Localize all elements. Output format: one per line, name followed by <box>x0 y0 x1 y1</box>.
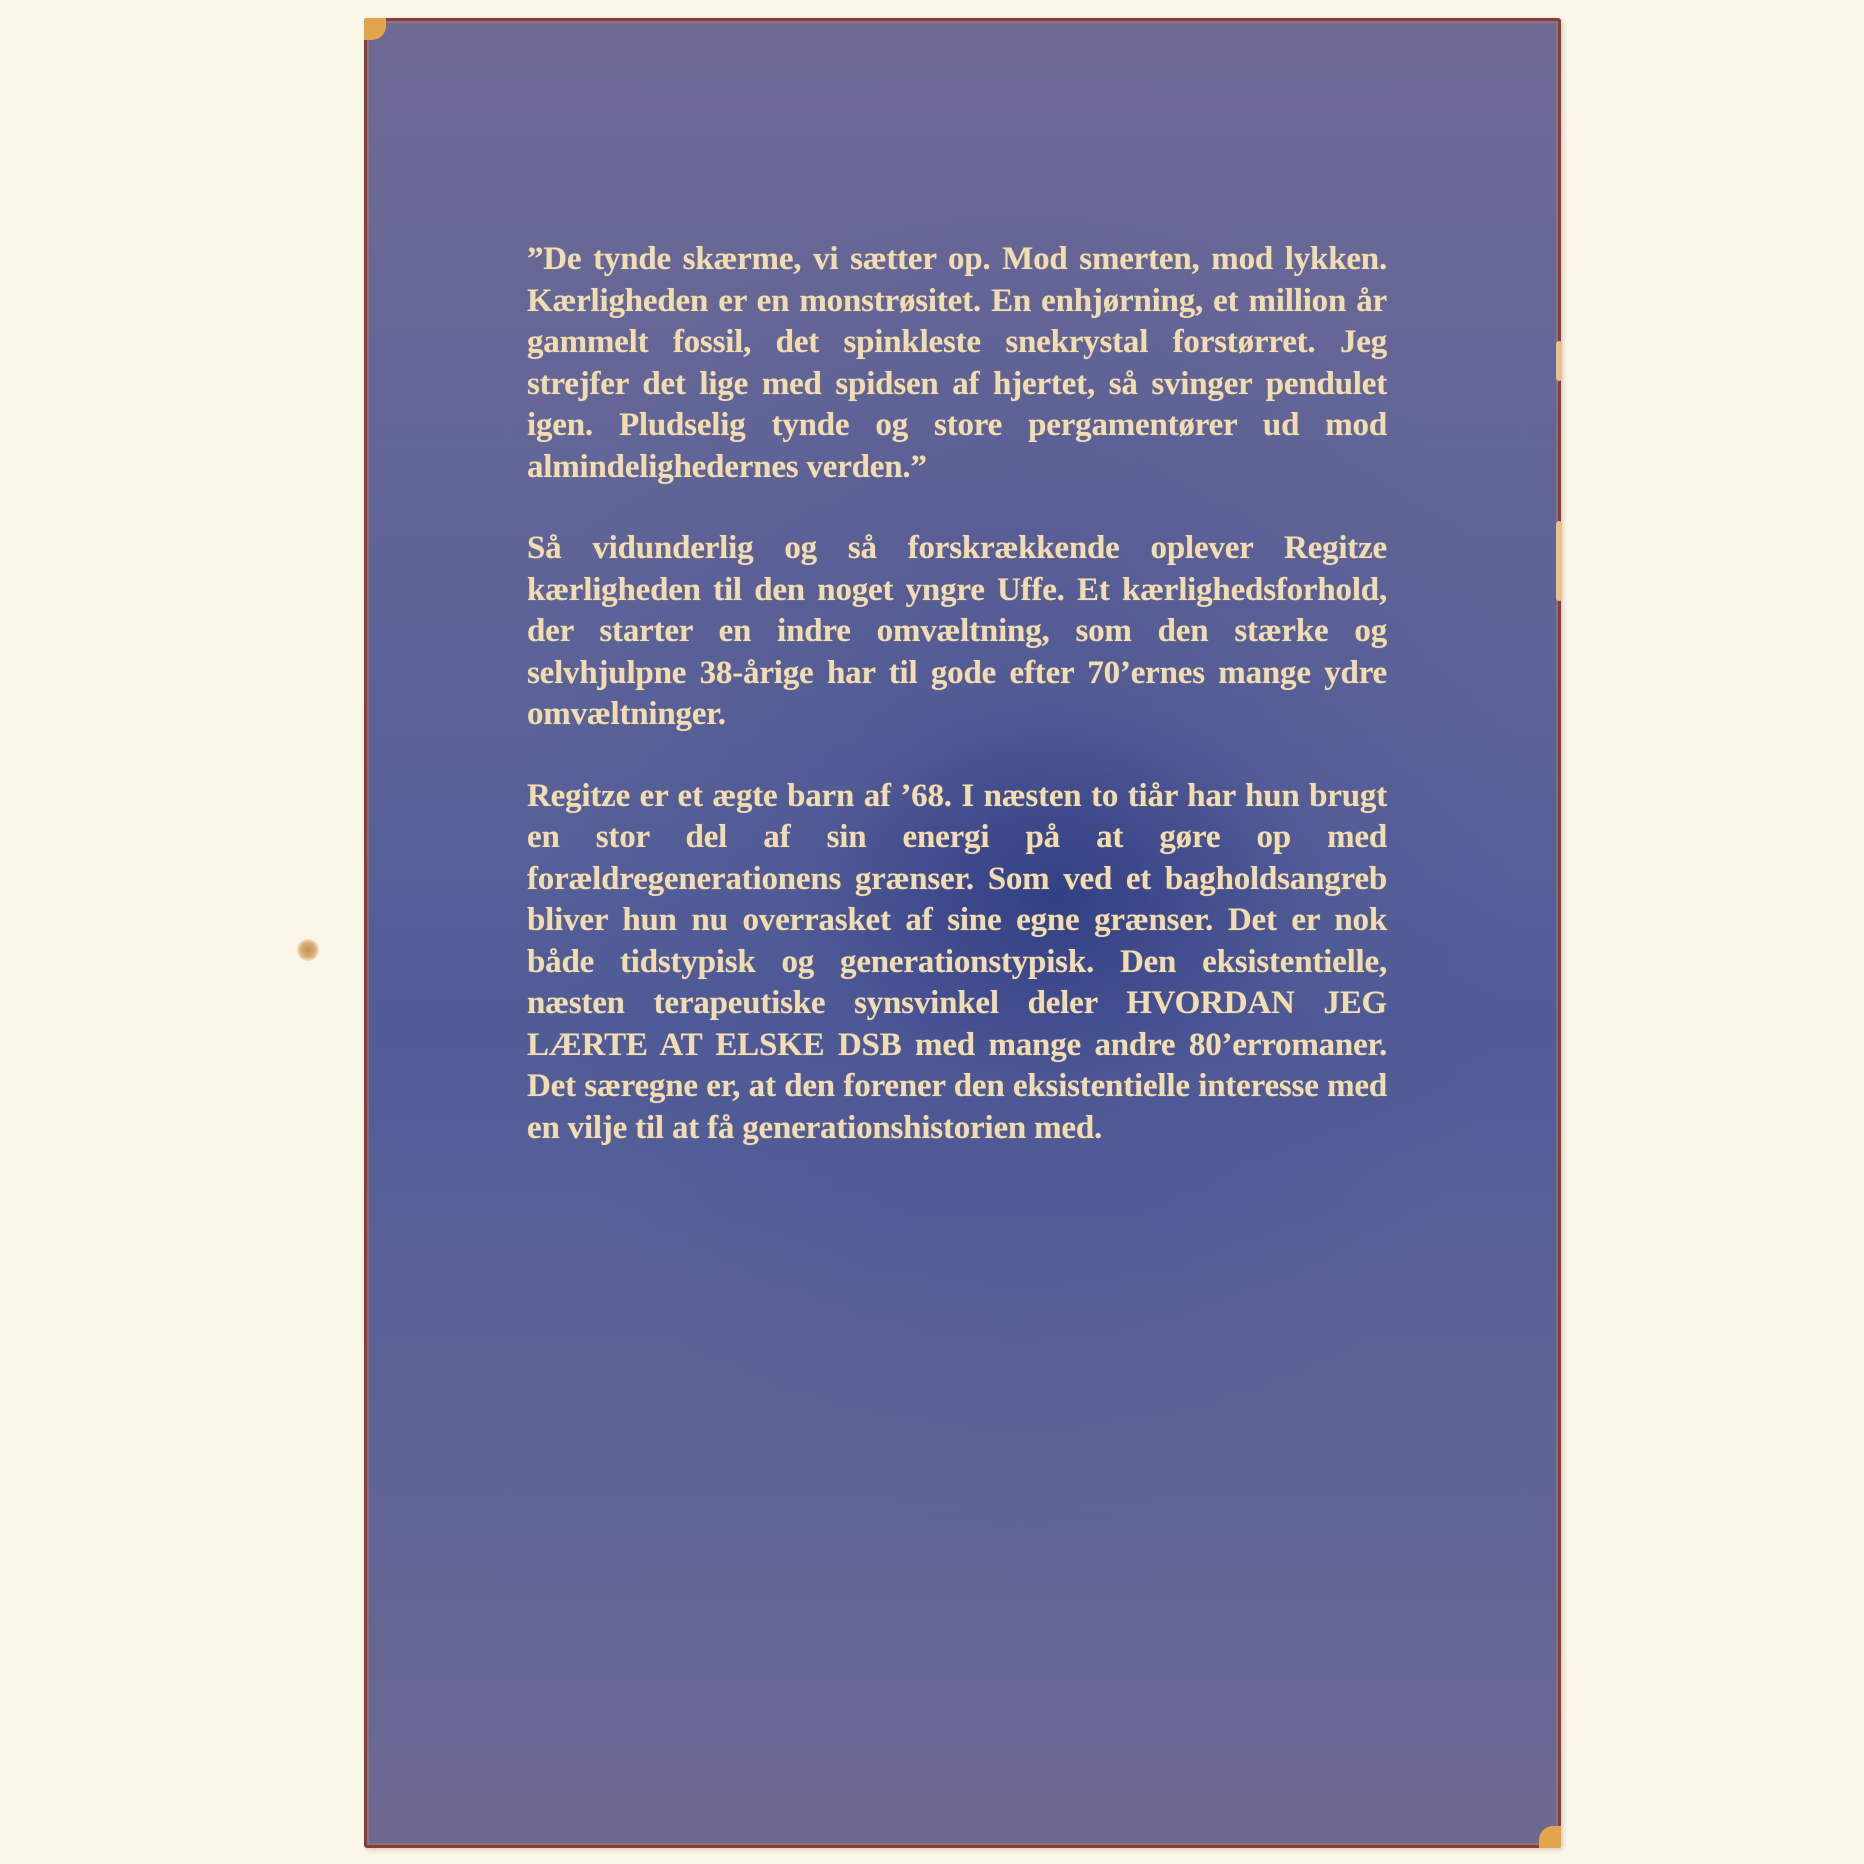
edge-wear <box>1556 521 1562 601</box>
background-stain <box>297 939 319 961</box>
worn-corner-top-left <box>364 18 386 40</box>
worn-corner-bottom-right <box>1539 1826 1561 1848</box>
blurb-review-paragraph: Regitze er et ægte barn af ’68. I næsten… <box>527 776 1387 1150</box>
book-back-cover: ”De tynde skærme, vi sætter op. Mod smer… <box>364 18 1561 1848</box>
blurb-quote-paragraph: ”De tynde skærme, vi sætter op. Mod smer… <box>527 239 1387 488</box>
edge-wear <box>1556 341 1562 381</box>
cover-blurb: ”De tynde skærme, vi sætter op. Mod smer… <box>527 239 1387 1189</box>
blurb-summary-paragraph: Så vidunderlig og så forskrækkende oplev… <box>527 528 1387 736</box>
